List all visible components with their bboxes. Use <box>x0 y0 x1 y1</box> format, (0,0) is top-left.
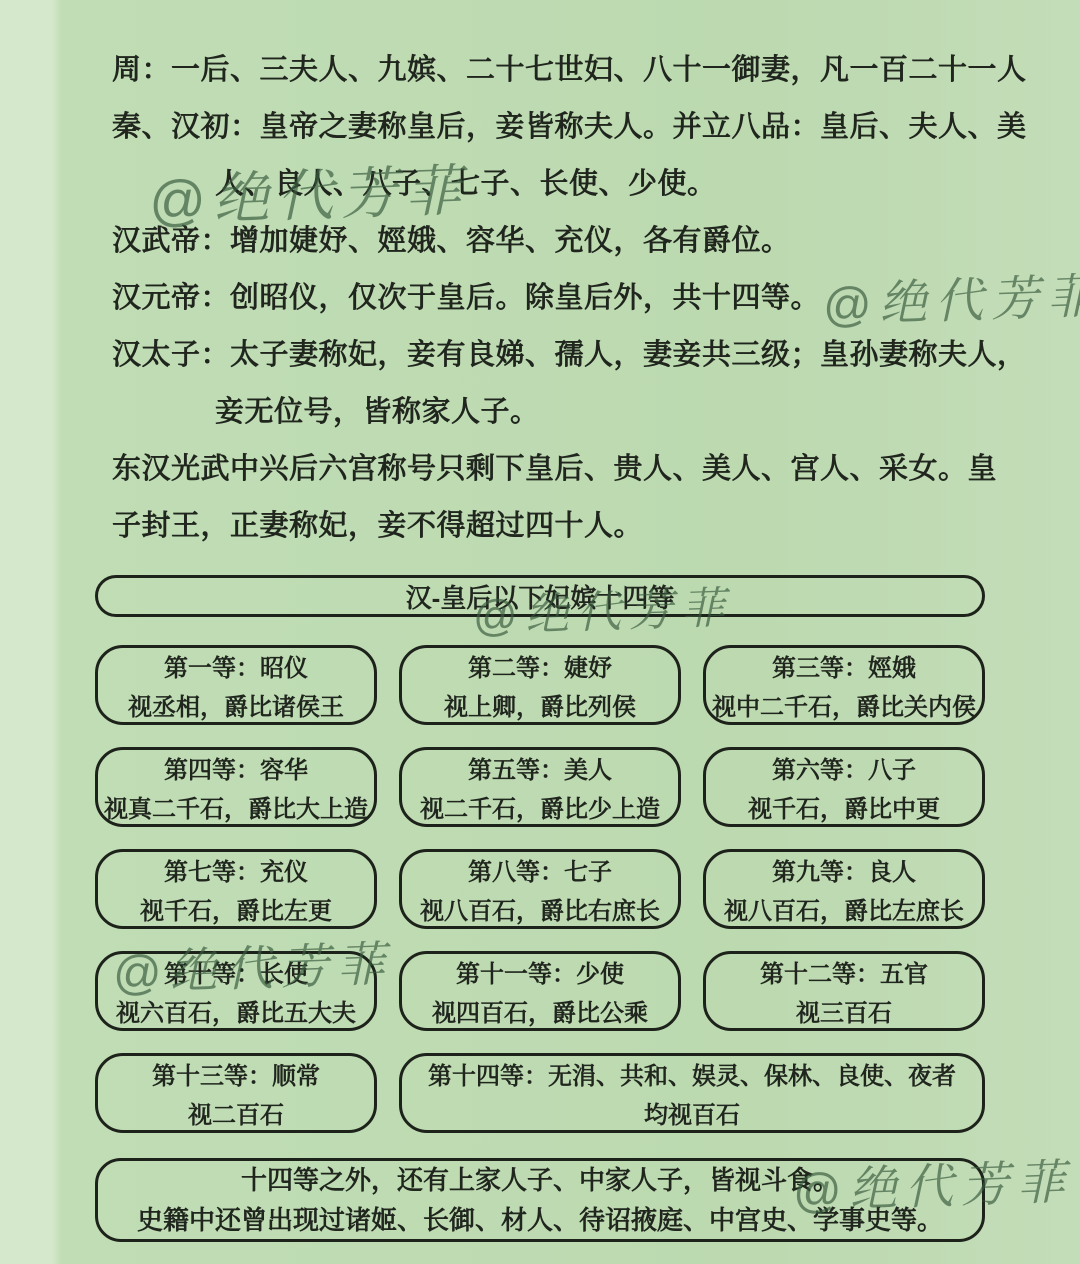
rank-cell-6: 第六等：八子 视千石，爵比中更 <box>703 747 985 827</box>
intro-line-qin-han-1: 秦、汉初：皇帝之妻称皇后，妾皆称夫人。并立八品：皇后、夫人、美 <box>112 99 992 156</box>
intro-line-han-taizi-2: 妾无位号，皆称家人子。 <box>112 384 992 441</box>
rank-label: 第五等：美人 <box>468 750 612 785</box>
rank-cell-11: 第十一等：少使 视四百石，爵比公乘 <box>399 951 681 1031</box>
rank-detail: 视二百石 <box>188 1095 284 1130</box>
rank-label: 第十一等：少使 <box>456 954 624 989</box>
footer-note-line-2: 史籍中还曾出现过诸姬、长御、材人、待诏掖庭、中宫史、学事史等。 <box>137 1203 943 1237</box>
rank-detail: 视上卿，爵比列侯 <box>444 687 636 722</box>
rank-detail: 视八百石，爵比左庶长 <box>724 891 964 926</box>
rank-detail: 视丞相，爵比诸侯王 <box>128 687 344 722</box>
rank-cell-8: 第八等：七子 视八百石，爵比右庶长 <box>399 849 681 929</box>
rank-label: 第三等：娙娥 <box>772 648 916 683</box>
intro-line-donghan-1: 东汉光武中兴后六宫称号只剩下皇后、贵人、美人、宫人、采女。皇 <box>112 441 992 498</box>
rank-cell-7: 第七等：充仪 视千石，爵比左更 <box>95 849 377 929</box>
rank-detail: 视四百石，爵比公乘 <box>432 993 648 1028</box>
rank-cell-13: 第十三等：顺常 视二百石 <box>95 1053 377 1133</box>
rank-cell-14: 第十四等：无涓、共和、娱灵、保林、良使、夜者 均视百石 <box>399 1053 985 1133</box>
intro-line-han-taizi-1: 汉太子：太子妻称妃，妾有良娣、孺人，妻妾共三级；皇孙妻称夫人， <box>112 327 992 384</box>
rank-detail: 视八百石，爵比右庶长 <box>420 891 660 926</box>
rank-label: 第七等：充仪 <box>164 852 308 887</box>
rank-detail: 视二千石，爵比少上造 <box>420 789 660 824</box>
table-title-box: 汉-皇后以下妃嫔十四等 <box>95 575 985 617</box>
rank-detail: 均视百石 <box>644 1095 740 1130</box>
rank-detail: 视真二千石，爵比大上造 <box>104 789 368 824</box>
rank-label: 第十二等：五官 <box>760 954 928 989</box>
rank-detail: 视六百石，爵比五大夫 <box>116 993 356 1028</box>
footer-note-line-1: 十四等之外，还有上家人子、中家人子，皆视斗食。 <box>241 1163 839 1197</box>
rank-detail: 视千石，爵比左更 <box>140 891 332 926</box>
intro-line-han-wudi: 汉武帝：增加婕妤、娙娥、容华、充仪，各有爵位。 <box>112 213 992 270</box>
rank-label: 第四等：容华 <box>164 750 308 785</box>
infographic-page: 周：一后、三夫人、九嫔、二十七世妇、八十一御妻，凡一百二十一人 秦、汉初：皇帝之… <box>0 0 1080 1264</box>
rank-cell-9: 第九等：良人 视八百石，爵比左庶长 <box>703 849 985 929</box>
rank-cell-12: 第十二等：五官 视三百石 <box>703 951 985 1031</box>
rank-cell-5: 第五等：美人 视二千石，爵比少上造 <box>399 747 681 827</box>
rank-grid: 第一等：昭仪 视丞相，爵比诸侯王 第二等：婕妤 视上卿，爵比列侯 第三等：娙娥 … <box>95 645 985 1133</box>
rank-cell-1: 第一等：昭仪 视丞相，爵比诸侯王 <box>95 645 377 725</box>
intro-line-zhou: 周：一后、三夫人、九嫔、二十七世妇、八十一御妻，凡一百二十一人 <box>112 42 992 99</box>
rank-cell-10: 第十等：长使 视六百石，爵比五大夫 <box>95 951 377 1031</box>
rank-label: 第十三等：顺常 <box>152 1056 320 1091</box>
rank-label: 第八等：七子 <box>468 852 612 887</box>
rank-detail: 视千石，爵比中更 <box>748 789 940 824</box>
rank-label: 第十四等：无涓、共和、娱灵、保林、良使、夜者 <box>428 1056 956 1091</box>
rank-cell-2: 第二等：婕妤 视上卿，爵比列侯 <box>399 645 681 725</box>
rank-cell-4: 第四等：容华 视真二千石，爵比大上造 <box>95 747 377 827</box>
footer-note-box: 十四等之外，还有上家人子、中家人子，皆视斗食。 史籍中还曾出现过诸姬、长御、材人… <box>95 1158 985 1242</box>
intro-line-donghan-2: 子封王，正妻称妃，妾不得超过四十人。 <box>112 498 992 555</box>
rank-label: 第六等：八子 <box>772 750 916 785</box>
rank-label: 第二等：婕妤 <box>468 648 612 683</box>
rank-label: 第一等：昭仪 <box>164 648 308 683</box>
intro-text-block: 周：一后、三夫人、九嫔、二十七世妇、八十一御妻，凡一百二十一人 秦、汉初：皇帝之… <box>0 0 1080 555</box>
rank-detail: 视中二千石，爵比关内侯 <box>712 687 976 722</box>
rank-detail: 视三百石 <box>796 993 892 1028</box>
table-title: 汉-皇后以下妃嫔十四等 <box>406 578 675 615</box>
rank-label: 第十等：长使 <box>164 954 308 989</box>
rank-label: 第九等：良人 <box>772 852 916 887</box>
intro-line-qin-han-2: 人、良人、八子、七子、长使、少使。 <box>112 156 992 213</box>
intro-line-han-yuandi: 汉元帝：创昭仪，仅次于皇后。除皇后外，共十四等。 <box>112 270 992 327</box>
rank-cell-3: 第三等：娙娥 视中二千石，爵比关内侯 <box>703 645 985 725</box>
